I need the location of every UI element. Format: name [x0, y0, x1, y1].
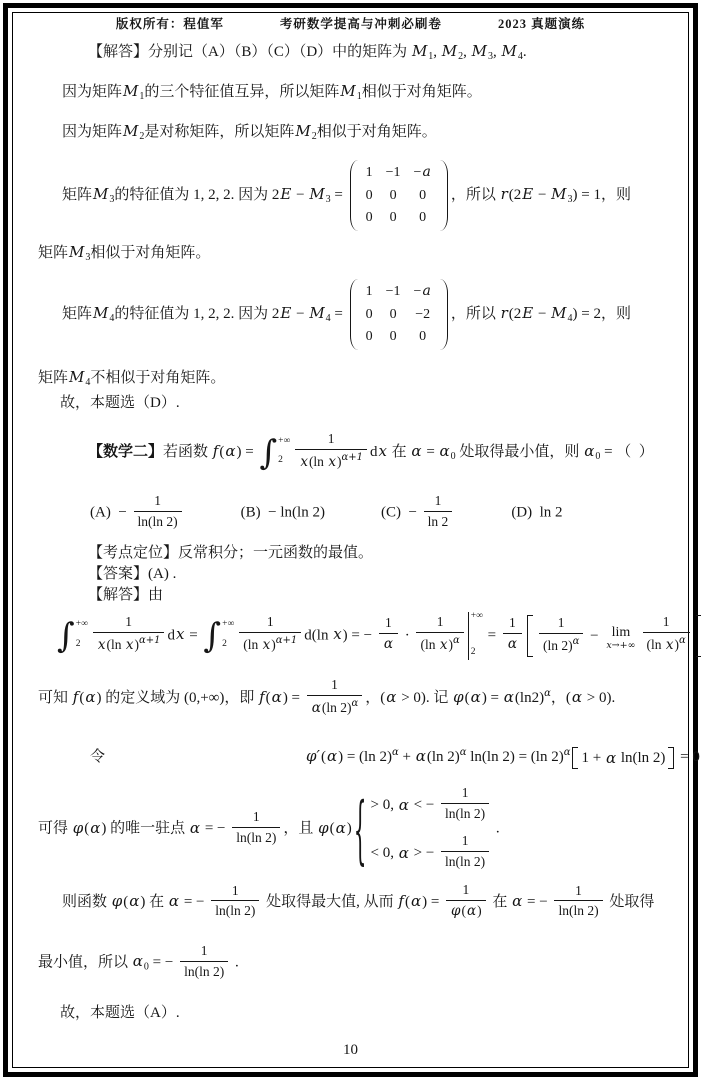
- copyright-text: 版权所有：程值军: [116, 14, 224, 32]
- fraction-denominator: ln(ln 2): [441, 852, 489, 871]
- page-header: 版权所有：程值军 考研数学提高与冲刺必刷卷 2023 真题演练: [0, 14, 701, 32]
- math-text: < 0,: [371, 842, 398, 864]
- math-text: 1: [435, 493, 442, 508]
- matrix-cell: 0: [390, 208, 397, 228]
- math-text: ) =: [283, 690, 304, 706]
- matrix-cell: −2: [415, 305, 430, 325]
- math-text: 最小值，所以: [38, 954, 132, 970]
- fraction-denominator: (ln x)α: [416, 633, 463, 655]
- math-text: ，且: [283, 821, 317, 837]
- math-text: 【考点定位】反常积分；一元函数的最值。: [88, 545, 373, 561]
- math-text: ) = −: [343, 627, 376, 643]
- math-variable: α: [224, 442, 236, 460]
- math-text: 0: [419, 188, 426, 203]
- math-text: = −: [149, 954, 177, 970]
- cases-rows: > 0, α < − 1ln(ln 2)< 0, α > − 1ln(ln 2): [371, 786, 493, 872]
- math-text: d: [167, 627, 175, 643]
- line-min-value: 最小值，所以 α0 = − 1ln(ln 2) .: [38, 944, 239, 982]
- superscript: α: [573, 636, 580, 647]
- math-text: ,: [433, 44, 441, 60]
- math-text: ): [347, 821, 352, 837]
- fraction-denominator: φ(α): [446, 901, 486, 921]
- math-text: = −: [180, 894, 208, 910]
- cases-group: {> 0, α < − 1ln(ln 2)< 0, α > − 1ln(ln 2…: [354, 786, 492, 872]
- math-text: 的特征值为 1, 2, 2. 因为 2: [114, 306, 279, 322]
- left-bracket: [572, 747, 578, 769]
- math-text: = −: [523, 894, 551, 910]
- line-domain: 可知 f(α) 的定义域为 (0,+∞)，即 f(α) = 1α(ln 2)α，…: [38, 678, 615, 719]
- fraction-denominator: ln(ln 2): [180, 962, 228, 981]
- integral-sign: ∫: [57, 619, 75, 653]
- fraction-numerator: 1: [134, 492, 182, 512]
- math-text: 1: [663, 614, 670, 629]
- fraction-denominator: ln(ln 2): [554, 901, 602, 920]
- math-variable: r: [500, 185, 509, 203]
- math-text: (ln 2): [322, 700, 352, 715]
- math-text: ，所以: [451, 306, 500, 322]
- bold-text: 【数学二】: [88, 444, 163, 460]
- math-text: 0: [366, 307, 373, 322]
- math-variable: φ: [452, 688, 465, 706]
- math-variable: α: [571, 688, 583, 706]
- math-text: ln(ln 2): [184, 964, 224, 979]
- math-variable: α: [466, 903, 477, 919]
- superscript: α: [564, 747, 571, 758]
- matrix-cell: 0: [366, 327, 373, 347]
- fraction-denominator: x(ln x)α+1: [93, 633, 165, 655]
- math-text: −: [534, 306, 550, 322]
- superscript: α: [392, 747, 399, 758]
- math-variable: α: [385, 688, 397, 706]
- superscript: α+1: [139, 635, 161, 646]
- math-text: 0: [390, 329, 397, 344]
- math-text: ) =: [236, 444, 257, 460]
- math-text: 【解答】由: [88, 587, 163, 603]
- math-text: 1: [558, 615, 565, 630]
- fraction-numerator: 1: [416, 613, 463, 633]
- math-text: 1: [154, 493, 161, 508]
- limit: limx→+∞: [606, 626, 635, 651]
- math-variable: α: [415, 747, 427, 765]
- math-text: 的三个特征值互异，所以矩阵: [144, 84, 339, 100]
- matrix-cell: 0: [366, 305, 373, 325]
- integral-sign: ∫: [259, 436, 277, 470]
- line-solution-intro: 【解答】分别记（A）（B）（C）（D）中的矩阵为 M1, M2, M3, M4.: [88, 40, 527, 68]
- matrix-cell: −a: [414, 163, 432, 183]
- math-text: ) = 1，则: [573, 187, 631, 203]
- math-variable: α: [410, 892, 422, 910]
- matrix-cell: 0: [390, 186, 397, 206]
- math-text: 在: [388, 444, 411, 460]
- fraction: 1ln(ln 2): [134, 492, 182, 530]
- math-text: 1: [509, 615, 516, 630]
- math-text: (ln 2): [427, 749, 460, 765]
- matrix-cell: 0: [419, 186, 426, 206]
- math-text: 1: [253, 809, 260, 824]
- bracket-group: 1(ln 2)α − limx→+∞1(ln x)α: [527, 615, 701, 656]
- upper-bound: +∞: [471, 612, 483, 622]
- math-text: =: [331, 187, 347, 203]
- matrix-cells: 1−1−a000000: [359, 160, 439, 231]
- math-text: (A) −: [90, 504, 131, 520]
- math-text: ) 的定义域为 (0,+∞)，即: [96, 690, 258, 706]
- math-variable: a: [421, 164, 431, 180]
- fraction: 1φ(α): [446, 881, 486, 920]
- math-variable: f: [258, 688, 266, 706]
- right-bracket: [668, 747, 674, 769]
- math-text: (B) − ln(ln 2): [241, 504, 325, 520]
- math-text: > 0). 记: [397, 690, 452, 706]
- math-text: =: [331, 306, 347, 322]
- math-variable: E: [521, 304, 534, 322]
- fraction-denominator: ln(ln 2): [134, 512, 182, 531]
- math-text: −: [292, 306, 308, 322]
- math-variable: x: [377, 442, 387, 460]
- math-text: 1: [201, 943, 208, 958]
- document-page: 版权所有：程值军 考研数学提高与冲刺必刷卷 2023 真题演练 【解答】分别记（…: [0, 0, 701, 1080]
- line-question-math2: 【数学二】若函数 f(α) = ∫+∞21x(ln x)α+1dx 在 α = …: [88, 432, 654, 473]
- superscript: α+1: [341, 452, 363, 463]
- math-text: ln(ln 2): [558, 903, 598, 918]
- math-text: −2: [415, 307, 430, 322]
- lower-bound: 2: [278, 456, 290, 466]
- math-variable: φ′: [305, 747, 321, 765]
- matrix: 1−1−a00−2000: [350, 279, 448, 350]
- line-exam-point: 【考点定位】反常积分；一元函数的最值。: [88, 542, 373, 564]
- math-text: 相似于对角矩阵。: [90, 245, 210, 261]
- math-text: −1: [386, 284, 401, 299]
- math-text: 1: [575, 883, 582, 898]
- fraction: 1ln(ln 2): [441, 784, 489, 822]
- math-text: (2: [509, 306, 522, 322]
- fraction-denominator: (ln x)α: [643, 633, 690, 655]
- fraction-denominator: α: [379, 634, 398, 654]
- fraction-numerator: 1: [379, 614, 398, 634]
- math-text: ，所以: [451, 187, 500, 203]
- math-text: 1: [366, 165, 373, 180]
- matrix-cell: 0: [366, 208, 373, 228]
- fraction: 1(ln 2)α: [539, 614, 583, 654]
- lower-bound: 2: [471, 648, 483, 658]
- fraction: 1(ln x)α: [416, 613, 463, 654]
- math-text: 处取得最小值，则: [456, 444, 584, 460]
- math-text: (ln: [106, 637, 124, 652]
- math-text: 1: [462, 785, 469, 800]
- superscript: α+1: [276, 635, 298, 646]
- math-variable: M: [550, 185, 567, 203]
- math-variable: M: [92, 185, 109, 203]
- left-paren: [350, 160, 359, 231]
- math-text: = −: [201, 821, 229, 837]
- math-variable: E: [521, 185, 534, 203]
- matrix-cell: 1: [366, 163, 373, 183]
- integral-bounds: +∞2: [221, 619, 234, 653]
- math-text: ) 的唯一驻点: [101, 821, 189, 837]
- fraction: 1α: [503, 614, 522, 653]
- math-text: 相似于对角矩阵。: [362, 84, 482, 100]
- integral: ∫+∞2: [203, 619, 234, 653]
- matrix-cell: 0: [366, 186, 373, 206]
- math-text: 故，本题选（D）.: [60, 395, 180, 411]
- math-text: 0: [390, 210, 397, 225]
- math-text: 在: [489, 894, 512, 910]
- math-text: 1: [125, 614, 132, 629]
- matrix-cell: 0: [390, 327, 397, 347]
- math-variable: α: [132, 952, 144, 970]
- cases-row: < 0, α > − 1ln(ln 2): [371, 834, 493, 872]
- math-text: > 0).: [583, 690, 615, 706]
- math-text: (ln: [420, 637, 438, 652]
- math-text: ): [477, 903, 482, 918]
- math-text: > −: [410, 842, 438, 864]
- math-variable: x: [332, 625, 342, 643]
- bracket-body: 1(ln 2)α − limx→+∞1(ln x)α: [536, 615, 693, 656]
- matrix: 1−1−a000000: [350, 160, 448, 231]
- limit-under: x→+∞: [606, 641, 635, 651]
- math-text: (ln 2): [543, 638, 573, 653]
- line-stationary-point: 可得 φ(α) 的唯一驻点 α = − 1ln(ln 2)，且 φ(α){> 0…: [38, 786, 500, 872]
- math-text: (ln: [309, 454, 327, 469]
- fraction: 1α: [379, 614, 398, 653]
- math-text: 因为矩阵: [62, 124, 122, 140]
- upper-bound: +∞: [222, 620, 234, 630]
- math-variable: M: [339, 82, 356, 100]
- math-text: ) =: [422, 894, 443, 910]
- line-derivative: 令φ′(α) = (ln 2)α + α(ln 2)α ln(ln 2) = (…: [90, 742, 700, 769]
- math-text: ln(ln 2): [617, 747, 665, 769]
- math-text: 相似于对角矩阵。: [317, 124, 437, 140]
- math-variable: α: [439, 442, 451, 460]
- math-text: ,: [463, 44, 471, 60]
- matrix-cells: 1−1−a00−2000: [359, 279, 439, 350]
- math-text: ) = 2，则: [573, 306, 631, 322]
- math-text: 可得: [38, 821, 72, 837]
- line-m2-symmetric: 因为矩阵M2是对称矩阵，所以矩阵M2相似于对角矩阵。: [62, 120, 437, 148]
- math-variable: x: [125, 637, 135, 653]
- math-variable: α: [271, 688, 283, 706]
- math-variable: r: [500, 304, 509, 322]
- math-variable: M: [550, 304, 567, 322]
- line-integral-eval: ∫+∞21x(ln x)α+1dx = ∫+∞21(ln x)α+1d(ln x…: [55, 612, 701, 660]
- math-variable: α: [507, 636, 518, 652]
- math-text: 矩阵: [38, 370, 68, 386]
- left-brace-icon: {: [354, 792, 367, 866]
- fraction-denominator: x(ln x)α+1: [295, 450, 367, 472]
- math-text: 1: [437, 614, 444, 629]
- math-variable: M: [294, 122, 311, 140]
- integral-bounds: +∞2: [277, 436, 290, 470]
- fraction-numerator: 1: [441, 784, 489, 804]
- math-text: 0: [366, 329, 373, 344]
- math-text: ln(ln 2) = (ln 2): [467, 749, 564, 765]
- math-variable: α: [583, 442, 595, 460]
- fraction-denominator: ln(ln 2): [211, 901, 259, 920]
- math-text: ln 2: [428, 514, 449, 529]
- bracket-group: 1 + α ln(ln 2): [572, 747, 674, 769]
- book-title: 考研数学提高与冲刺必刷卷: [280, 14, 442, 32]
- math-text: −: [534, 187, 550, 203]
- math-text: 1: [462, 882, 469, 897]
- math-text: = （ ）: [600, 444, 653, 460]
- line-m4-not-similar: 矩阵M4不相似于对角矩阵。: [38, 366, 225, 394]
- fraction-numerator: 1: [424, 492, 453, 512]
- math-text: ·: [401, 627, 414, 643]
- math-variable: φ: [72, 819, 85, 837]
- math-text: 的特征值为 1, 2, 2. 因为 2: [114, 187, 279, 203]
- line-m1-distinct: 因为矩阵M1的三个特征值互异，所以矩阵M1相似于对角矩阵。: [62, 80, 482, 108]
- math-variable: α: [410, 442, 422, 460]
- math-variable: x: [299, 454, 309, 470]
- math-text: ,: [493, 44, 501, 60]
- math-text: 矩阵: [38, 245, 68, 261]
- math-variable: α: [189, 819, 201, 837]
- math-variable: x: [175, 625, 185, 643]
- math-text: 1: [232, 883, 239, 898]
- math-text: < −: [410, 794, 438, 816]
- math-variable: x: [665, 637, 675, 653]
- right-bracket: [696, 615, 701, 656]
- math-text: (: [465, 690, 470, 706]
- math-text: 【答案】(A) .: [88, 566, 176, 582]
- fraction: 1(ln x)α+1: [239, 613, 301, 654]
- math-text: 0: [419, 329, 426, 344]
- left-paren: [350, 279, 359, 350]
- math-variable: M: [308, 304, 325, 322]
- right-paren: [439, 160, 448, 231]
- fraction-numerator: 1: [180, 942, 228, 962]
- math-text: ln(ln 2): [215, 903, 255, 918]
- math-text: ) =: [482, 690, 503, 706]
- superscript: α: [460, 747, 467, 758]
- matrix-cell: 0: [419, 327, 426, 347]
- fraction-numerator: 1: [211, 882, 259, 902]
- math-text: 可知: [38, 690, 72, 706]
- math-variable: M: [411, 42, 428, 60]
- math-text: 0: [366, 210, 373, 225]
- matrix-cell: 0: [419, 208, 426, 228]
- math-text: 1: [366, 284, 373, 299]
- math-text: ln(ln 2): [236, 830, 276, 845]
- math-text: 1 +: [581, 747, 604, 769]
- math-variable: α: [326, 747, 338, 765]
- math-variable: M: [441, 42, 458, 60]
- integral: ∫+∞2: [259, 436, 290, 470]
- fraction-denominator: ln(ln 2): [441, 804, 489, 823]
- math-text: d(ln: [304, 627, 332, 643]
- integral: ∫+∞2: [57, 619, 88, 653]
- fraction-denominator: ln(ln 2): [232, 828, 280, 847]
- math-text: 1: [462, 833, 469, 848]
- math-text: ，(: [551, 690, 571, 706]
- math-variable: α: [84, 688, 96, 706]
- fraction-numerator: 1: [503, 614, 522, 634]
- fraction: 1ln(ln 2): [232, 808, 280, 846]
- math-text: 0: [419, 210, 426, 225]
- math-text: ，(: [365, 690, 385, 706]
- fraction-numerator: 1: [539, 614, 583, 634]
- math-text: −: [292, 187, 308, 203]
- fraction-numerator: 1: [446, 881, 486, 901]
- math-variable: α: [335, 819, 347, 837]
- math-text: =: [423, 444, 439, 460]
- math-variable: M: [501, 42, 518, 60]
- math-text: =: [185, 627, 201, 643]
- upper-bound: +∞: [278, 437, 290, 447]
- math-text: 是对称矩阵，所以矩阵: [144, 124, 294, 140]
- evaluation-bar: +∞2: [468, 612, 483, 660]
- math-text: (C) −: [381, 504, 421, 520]
- math-variable: x: [327, 454, 337, 470]
- math-text: 令: [90, 749, 105, 765]
- math-variable: M: [471, 42, 488, 60]
- fraction-denominator: α: [503, 634, 522, 654]
- math-text: 1: [331, 677, 338, 692]
- fraction-numerator: 1: [643, 613, 690, 633]
- math-variable: M: [68, 368, 85, 386]
- line-answer-d: 故，本题选（D）.: [60, 392, 180, 414]
- math-variable: f: [397, 892, 405, 910]
- math-text: 1: [267, 614, 274, 629]
- right-paren: [439, 279, 448, 350]
- math-text: (: [330, 821, 335, 837]
- math-text: (2: [509, 187, 522, 203]
- fraction: 1α(ln 2)α: [307, 676, 363, 717]
- math-variable: α: [128, 892, 140, 910]
- math-text: =: [484, 627, 500, 643]
- math-text: (ln2): [515, 690, 544, 706]
- math-text: ln(ln 2): [445, 806, 485, 821]
- math-variable: a: [421, 283, 431, 299]
- math-text: = 0: [676, 749, 699, 765]
- fraction: 1ln(ln 2): [180, 942, 228, 980]
- math-text: 处取得: [606, 894, 655, 910]
- fraction-numerator: 1: [441, 832, 489, 852]
- math-text: ln(ln 2): [138, 514, 178, 529]
- matrix-cell: −a: [414, 282, 432, 302]
- math-variable: α: [383, 636, 394, 652]
- fraction: 1x(ln x)α+1: [93, 613, 165, 654]
- math-text: −: [586, 625, 602, 647]
- bracket-body: 1 + α ln(ln 2): [581, 747, 665, 769]
- math-variable: α: [605, 747, 617, 769]
- fraction: 1ln(ln 2): [211, 882, 259, 920]
- line-max-value: 则函数 φ(α) 在 α = − 1ln(ln 2) 处取得最大值, 从而 f(…: [62, 883, 654, 922]
- upper-bound: +∞: [76, 620, 88, 630]
- limit-word: lim: [612, 626, 631, 640]
- fraction: 1x(ln x)α+1: [295, 430, 367, 471]
- math-variable: x: [262, 637, 272, 653]
- math-text: ) = (ln 2): [338, 749, 392, 765]
- math-variable: M: [68, 243, 85, 261]
- math-variable: E: [279, 304, 292, 322]
- math-variable: α: [398, 842, 410, 864]
- left-bracket: [527, 615, 533, 656]
- math-text: 若函数: [163, 444, 212, 460]
- lower-bound: 2: [76, 640, 88, 650]
- fraction-numerator: 1: [307, 676, 363, 696]
- fraction-denominator: (ln 2)α: [539, 634, 583, 655]
- bar-bounds: +∞2: [469, 612, 483, 660]
- fraction-numerator: 1: [554, 882, 602, 902]
- math-text: .: [523, 44, 527, 60]
- math-text: 0: [366, 188, 373, 203]
- math-variable: α: [511, 892, 523, 910]
- math-variable: α: [503, 688, 515, 706]
- page-number: 10: [343, 1042, 358, 1058]
- math-text: 1: [328, 431, 335, 446]
- fraction-denominator: α(ln 2)α: [307, 696, 363, 718]
- superscript: α: [679, 635, 686, 646]
